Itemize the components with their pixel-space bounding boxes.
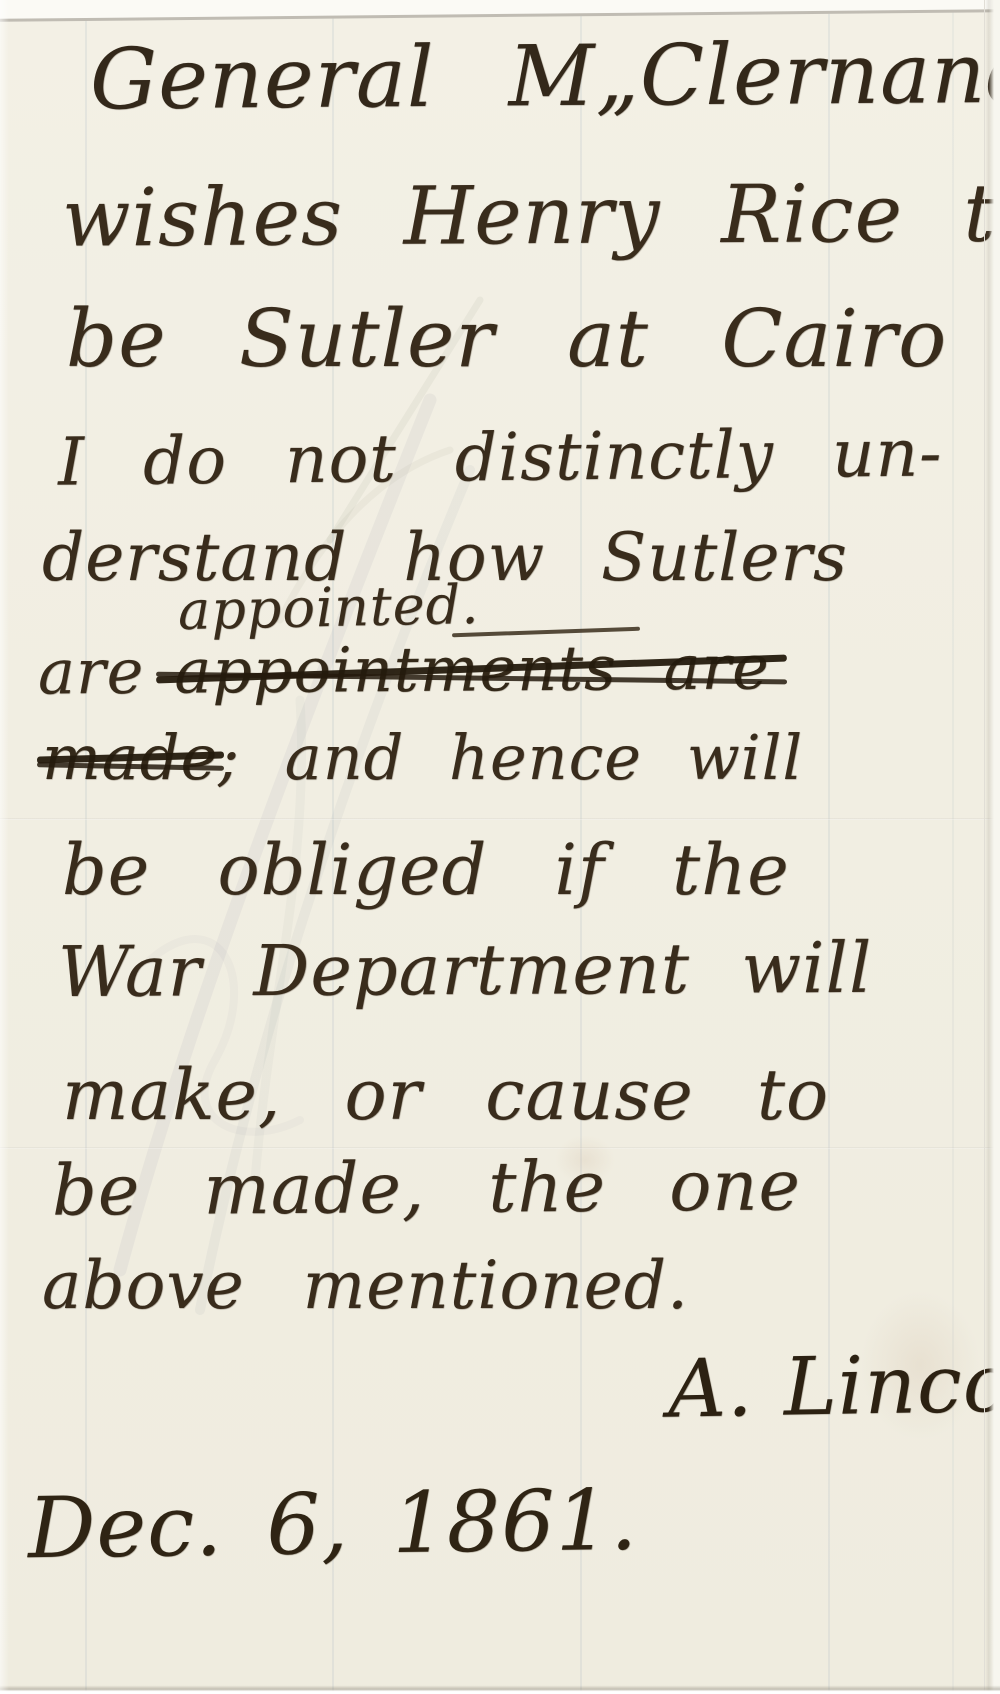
struck-appointments-are: appointments are bbox=[174, 633, 770, 705]
fold-crease bbox=[0, 818, 1000, 820]
line-are-struck-appointments: areappointments are bbox=[38, 633, 770, 706]
line-war-department-will: War Department will bbox=[58, 930, 873, 1011]
line-general-mcclernand: General M„Clernand bbox=[90, 27, 1000, 126]
line-i-do-not-distinctly: I do not distinctly un- bbox=[58, 417, 943, 499]
line-wishes-henry-rice: wishes Henry Rice to bbox=[62, 169, 1000, 262]
line-be-sutler-at-cairo: be Sutler at Cairo — bbox=[66, 295, 1000, 383]
letter-paper: General M„Clernand wishes Henry Rice to … bbox=[0, 0, 1000, 1694]
date-dec-6-1861: Dec. 6, 1861. bbox=[27, 1474, 638, 1575]
text-and-hence-will: ; and hence will bbox=[218, 721, 803, 794]
word-are: are bbox=[38, 635, 145, 709]
line-above-mentioned: above mentioned. bbox=[42, 1250, 689, 1323]
paper-top-edge bbox=[0, 0, 1000, 22]
line-struck-made-and-hence: made; and hence will bbox=[42, 724, 803, 792]
line-be-obliged-if-the: be obliged if the bbox=[62, 832, 790, 909]
paper-right-edge bbox=[984, 0, 1000, 1694]
interline-insertion-appointed: appointed. bbox=[177, 575, 479, 641]
paper-left-edge bbox=[0, 0, 9, 1694]
signature-a-lincoln: A. Lincoln bbox=[667, 1338, 1000, 1433]
struck-made: made bbox=[42, 724, 218, 792]
paper-bottom-edge bbox=[0, 1682, 1000, 1694]
line-make-or-cause-to: make, or cause to bbox=[62, 1057, 829, 1134]
line-be-made-the-one: be made, the one bbox=[52, 1147, 801, 1229]
